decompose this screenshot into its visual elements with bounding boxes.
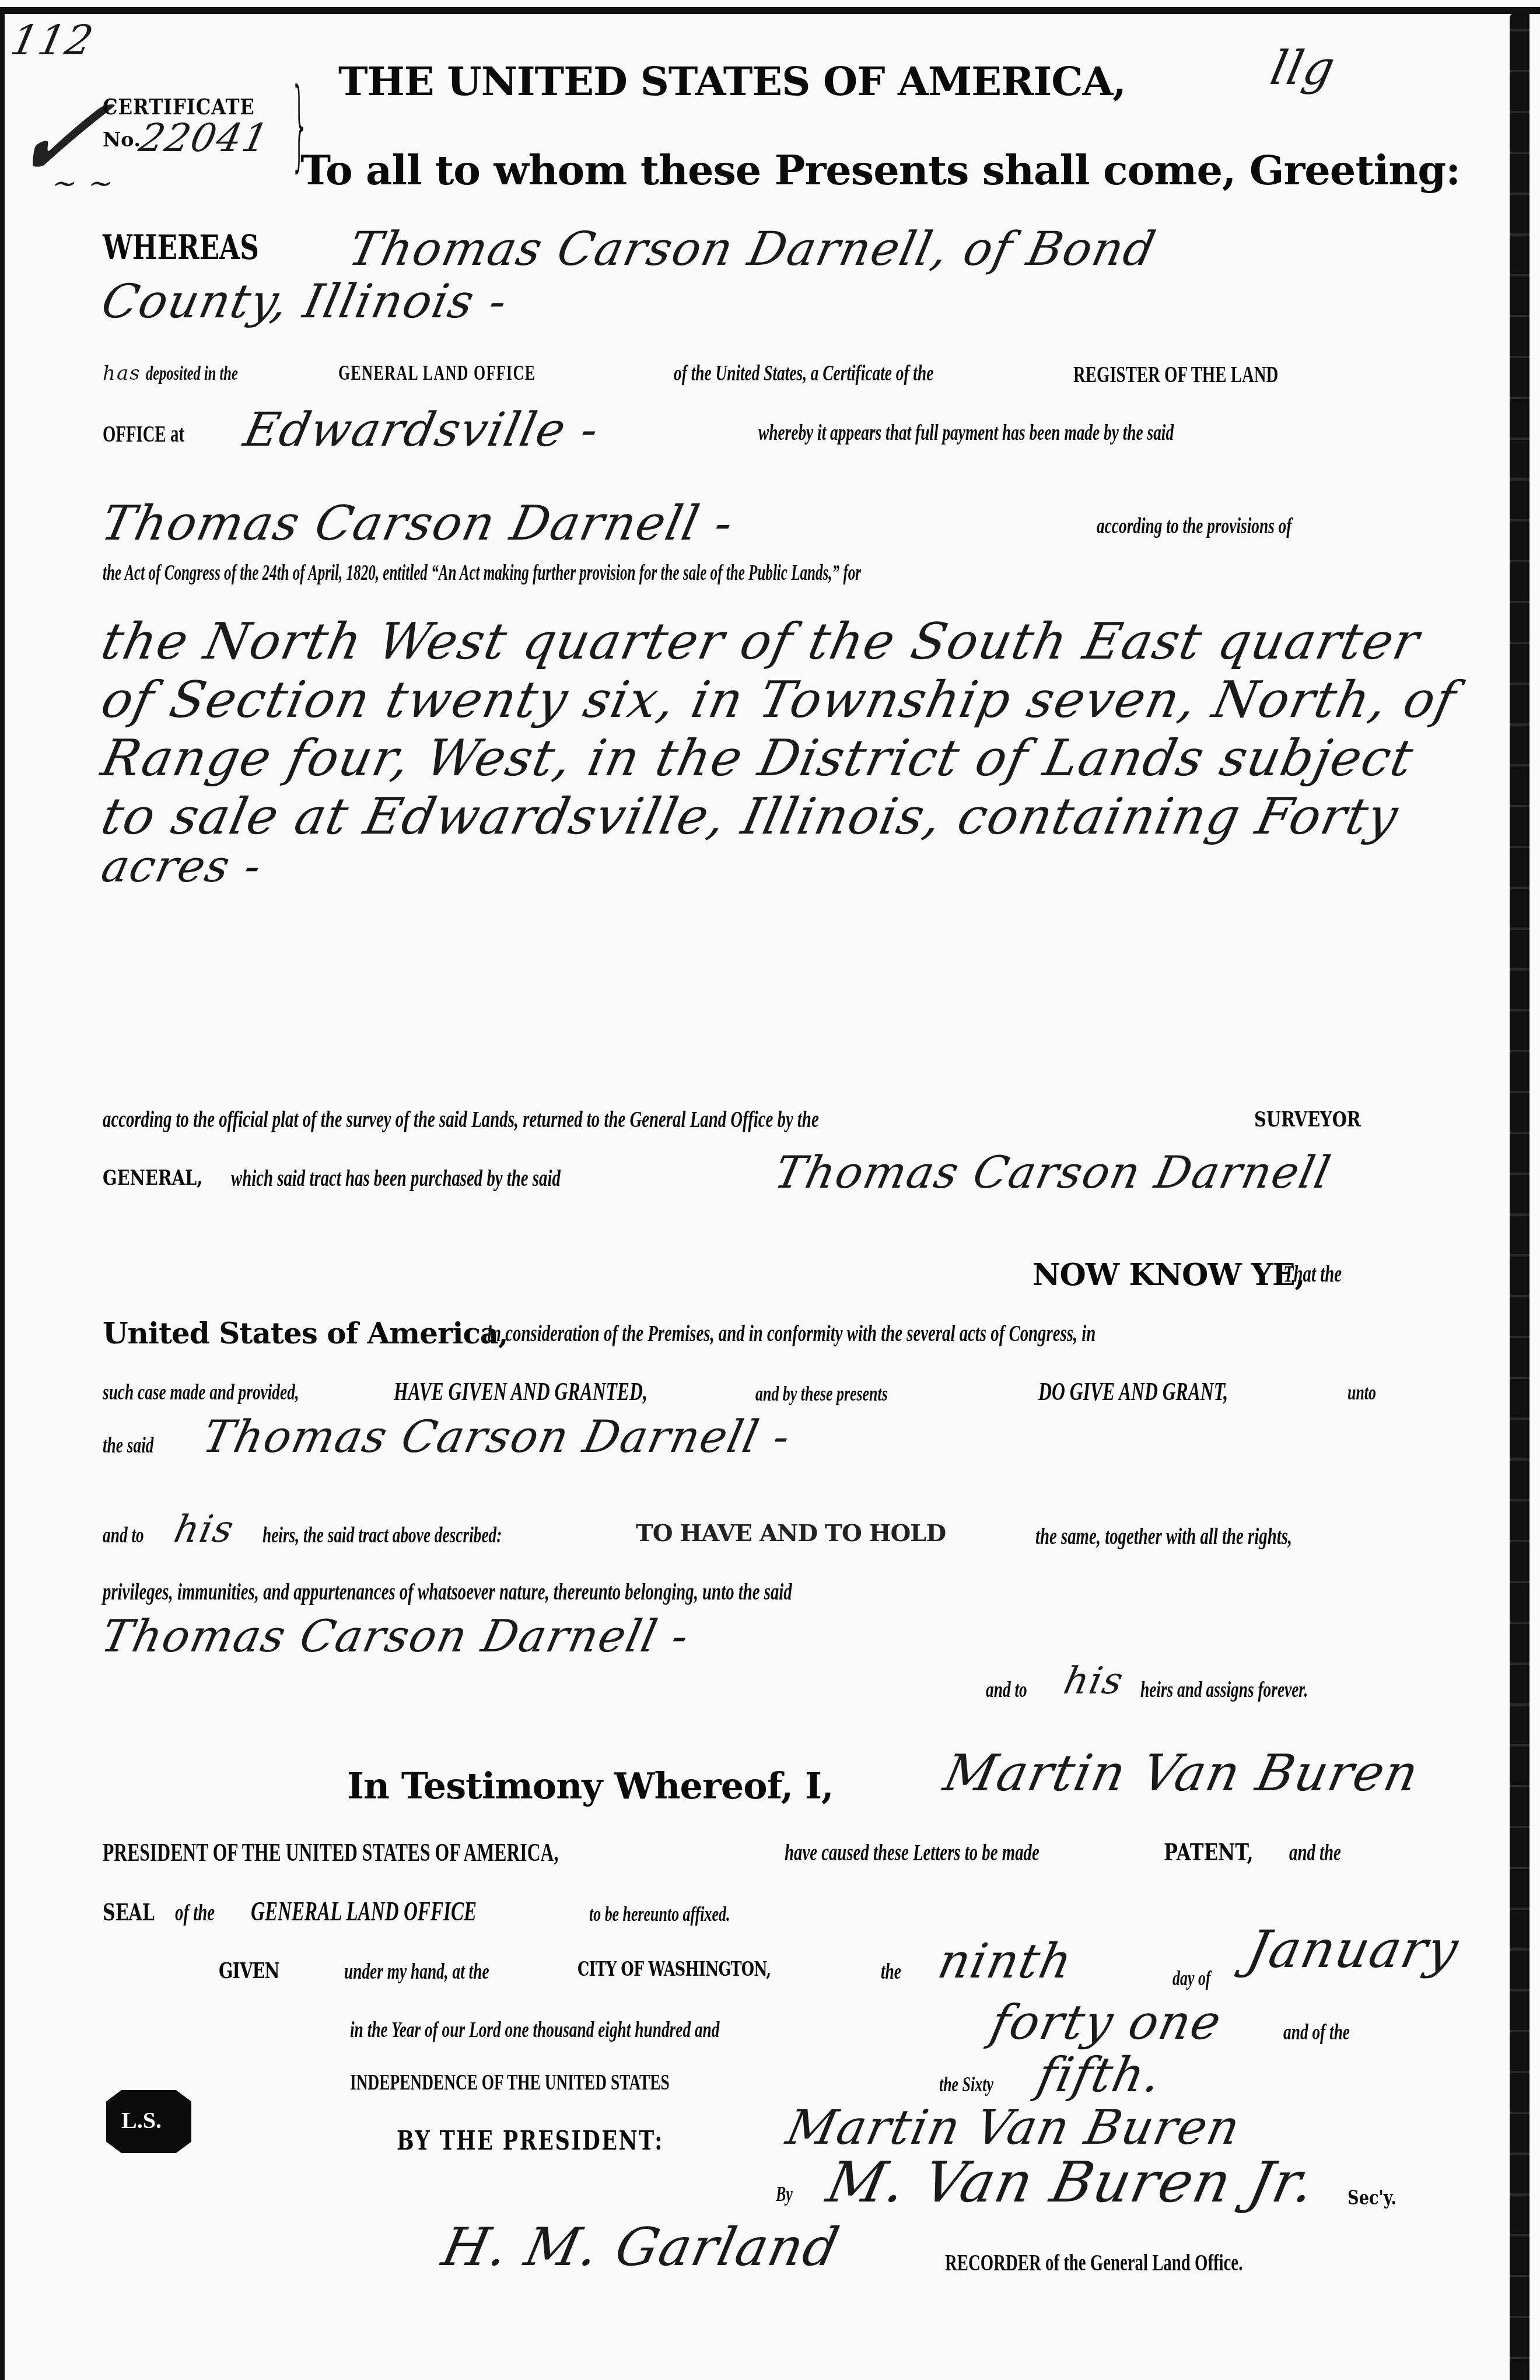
unto-text: unto: [1347, 1380, 1376, 1405]
seal-glo-text: GENERAL LAND OFFICE: [251, 1896, 477, 1927]
seal-stamp-icon: L.S.: [106, 2090, 191, 2153]
by-label: By: [776, 2182, 793, 2206]
grantee-county-field: County, Illinois -: [97, 274, 513, 328]
recorder-signature: H. M. Garland: [437, 2217, 845, 2278]
to-have-and-to-hold-text: TO HAVE AND TO HOLD: [636, 1520, 946, 1547]
day-of-text: day of: [1172, 1966, 1210, 1990]
now-know-ye-heading: NOW KNOW YE,: [1032, 1257, 1305, 1293]
land-description-line-4: to sale at Edwardsville, Illinois, conta…: [96, 787, 1403, 846]
testimony-heading: In Testimony Whereof, I,: [347, 1765, 834, 1807]
and-to-label: and to: [103, 1522, 144, 1548]
document-border-left: [0, 7, 5, 2380]
the-sixty-text: the Sixty: [939, 2072, 993, 2096]
patent-text: PATENT,: [1164, 1839, 1254, 1866]
document-title: THE UNITED STATES OF AMERICA,: [338, 58, 1126, 105]
year-of-lord-text: in the Year of our Lord one thousand eig…: [350, 2017, 719, 2043]
deposited-line: has deposited in the: [103, 362, 274, 385]
surveyor-text: SURVEYOR: [1254, 1107, 1361, 1132]
provisions-text: according to the provisions of: [1097, 513, 1291, 539]
seal-of-the-text: of the: [175, 1899, 215, 1926]
land-description-line-2: of Section twenty six, in Township seven…: [96, 671, 1462, 729]
secretary-signature: M. Van Buren Jr.: [821, 2150, 1321, 2215]
caused-letters-text: have caused these Letters to be made: [785, 1839, 1039, 1866]
certificate-underline-mark: ~ ~: [49, 166, 118, 200]
payment-text: whereby it appears that full payment has…: [758, 420, 1174, 446]
whereas-label: WHEREAS: [103, 228, 259, 267]
rights-text: the same, together with all the rights,: [1035, 1522, 1292, 1550]
initials-note: llg: [1266, 41, 1340, 95]
city-of-washington-text: CITY OF WASHINGTON,: [577, 1958, 771, 1981]
his-field-1: his: [170, 1508, 238, 1551]
president-signature: Martin Van Buren: [782, 2100, 1245, 2155]
office-at-label: OFFICE at: [103, 420, 184, 447]
register-text: REGISTER OF THE LAND: [1073, 360, 1278, 388]
under-hand-text: under my hand, at the: [344, 1959, 489, 1985]
usa-bold-text: United States of America,: [103, 1316, 508, 1350]
have-given-text: HAVE GIVEN AND GRANTED,: [394, 1377, 647, 1406]
privileges-text: privileges, immunities, and appurtenance…: [103, 1578, 792, 1605]
seal-bold-text: SEAL: [103, 1899, 155, 1926]
his-field-2: his: [1060, 1660, 1128, 1703]
grantee-name-field: Thomas Carson Darnell, of Bond: [344, 222, 1161, 276]
and-to-label-2: and to: [986, 1677, 1027, 1703]
do-give-text: DO GIVE AND GRANT,: [1038, 1377, 1228, 1406]
and-the-text: and the: [1289, 1839, 1341, 1866]
such-case-text: such case made and provided,: [103, 1380, 299, 1405]
independence-year-field: fifth.: [1032, 2048, 1167, 2103]
land-office-location: Edwardsville -: [239, 402, 604, 457]
act-of-congress-text: the Act of Congress of the 24th of April…: [103, 560, 861, 586]
recorder-title: RECORDER of the General Land Office.: [945, 2249, 1242, 2276]
payer-name-field: Thomas Carson Darnell -: [97, 496, 738, 551]
secretary-title: Sec'y.: [1347, 2186, 1396, 2210]
purchaser-name-field: Thomas Carson Darnell: [771, 1146, 1336, 1198]
the-text: the: [881, 1959, 901, 1985]
grantee-name-field-3: Thomas Carson Darnell -: [97, 1610, 694, 1662]
and-of-the-text: and of the: [1283, 2020, 1350, 2045]
grantee-name-field-2: Thomas Carson Darnell -: [199, 1410, 796, 1462]
by-these-presents-text: and by these presents: [755, 1381, 888, 1406]
independence-text: INDEPENDENCE OF THE UNITED STATES: [350, 2070, 670, 2095]
that-the-text: That the: [1283, 1260, 1342, 1287]
president-name-field: Martin Van Buren: [939, 1744, 1424, 1803]
page-number-note: 112: [6, 16, 98, 64]
document-border-top: [0, 7, 1540, 14]
day-field: ninth: [933, 1934, 1078, 1989]
president-title-text: PRESIDENT OF THE UNITED STATES OF AMERIC…: [103, 1838, 558, 1867]
year-field: forty one: [986, 1995, 1227, 2050]
the-said-label: the said: [103, 1433, 153, 1458]
affixed-text: to be hereunto affixed.: [589, 1902, 730, 1926]
land-description-line-1: the North West quarter of the South East…: [96, 612, 1425, 671]
month-field: January: [1242, 1919, 1464, 1979]
consideration-text: in consideration of the Premises, and in…: [487, 1319, 1095, 1347]
land-description-line-3: Range four, West, in the District of Lan…: [96, 729, 1419, 787]
heirs-text: heirs, the said tract above described:: [262, 1522, 502, 1548]
document-binding-edge: [1510, 12, 1529, 2380]
certificate-no-label: No.: [103, 128, 141, 152]
general-text: GENERAL,: [103, 1165, 202, 1190]
land-description-line-5: acres -: [97, 840, 267, 892]
greeting-heading: To all to whom these Presents shall come…: [300, 146, 1460, 194]
glo-text: GENERAL LAND OFFICE: [338, 360, 535, 385]
by-the-president-label: BY THE PRESIDENT:: [397, 2126, 664, 2156]
given-label: GIVEN: [219, 1957, 279, 1983]
us-certificate-text: of the United States, a Certificate of t…: [674, 360, 933, 386]
purchased-text: which said tract has been purchased by t…: [231, 1164, 561, 1192]
certificate-number: 22041: [135, 116, 273, 160]
heirs-forever-text: heirs and assigns forever.: [1140, 1677, 1308, 1703]
official-plat-text: according to the official plat of the su…: [103, 1105, 819, 1133]
